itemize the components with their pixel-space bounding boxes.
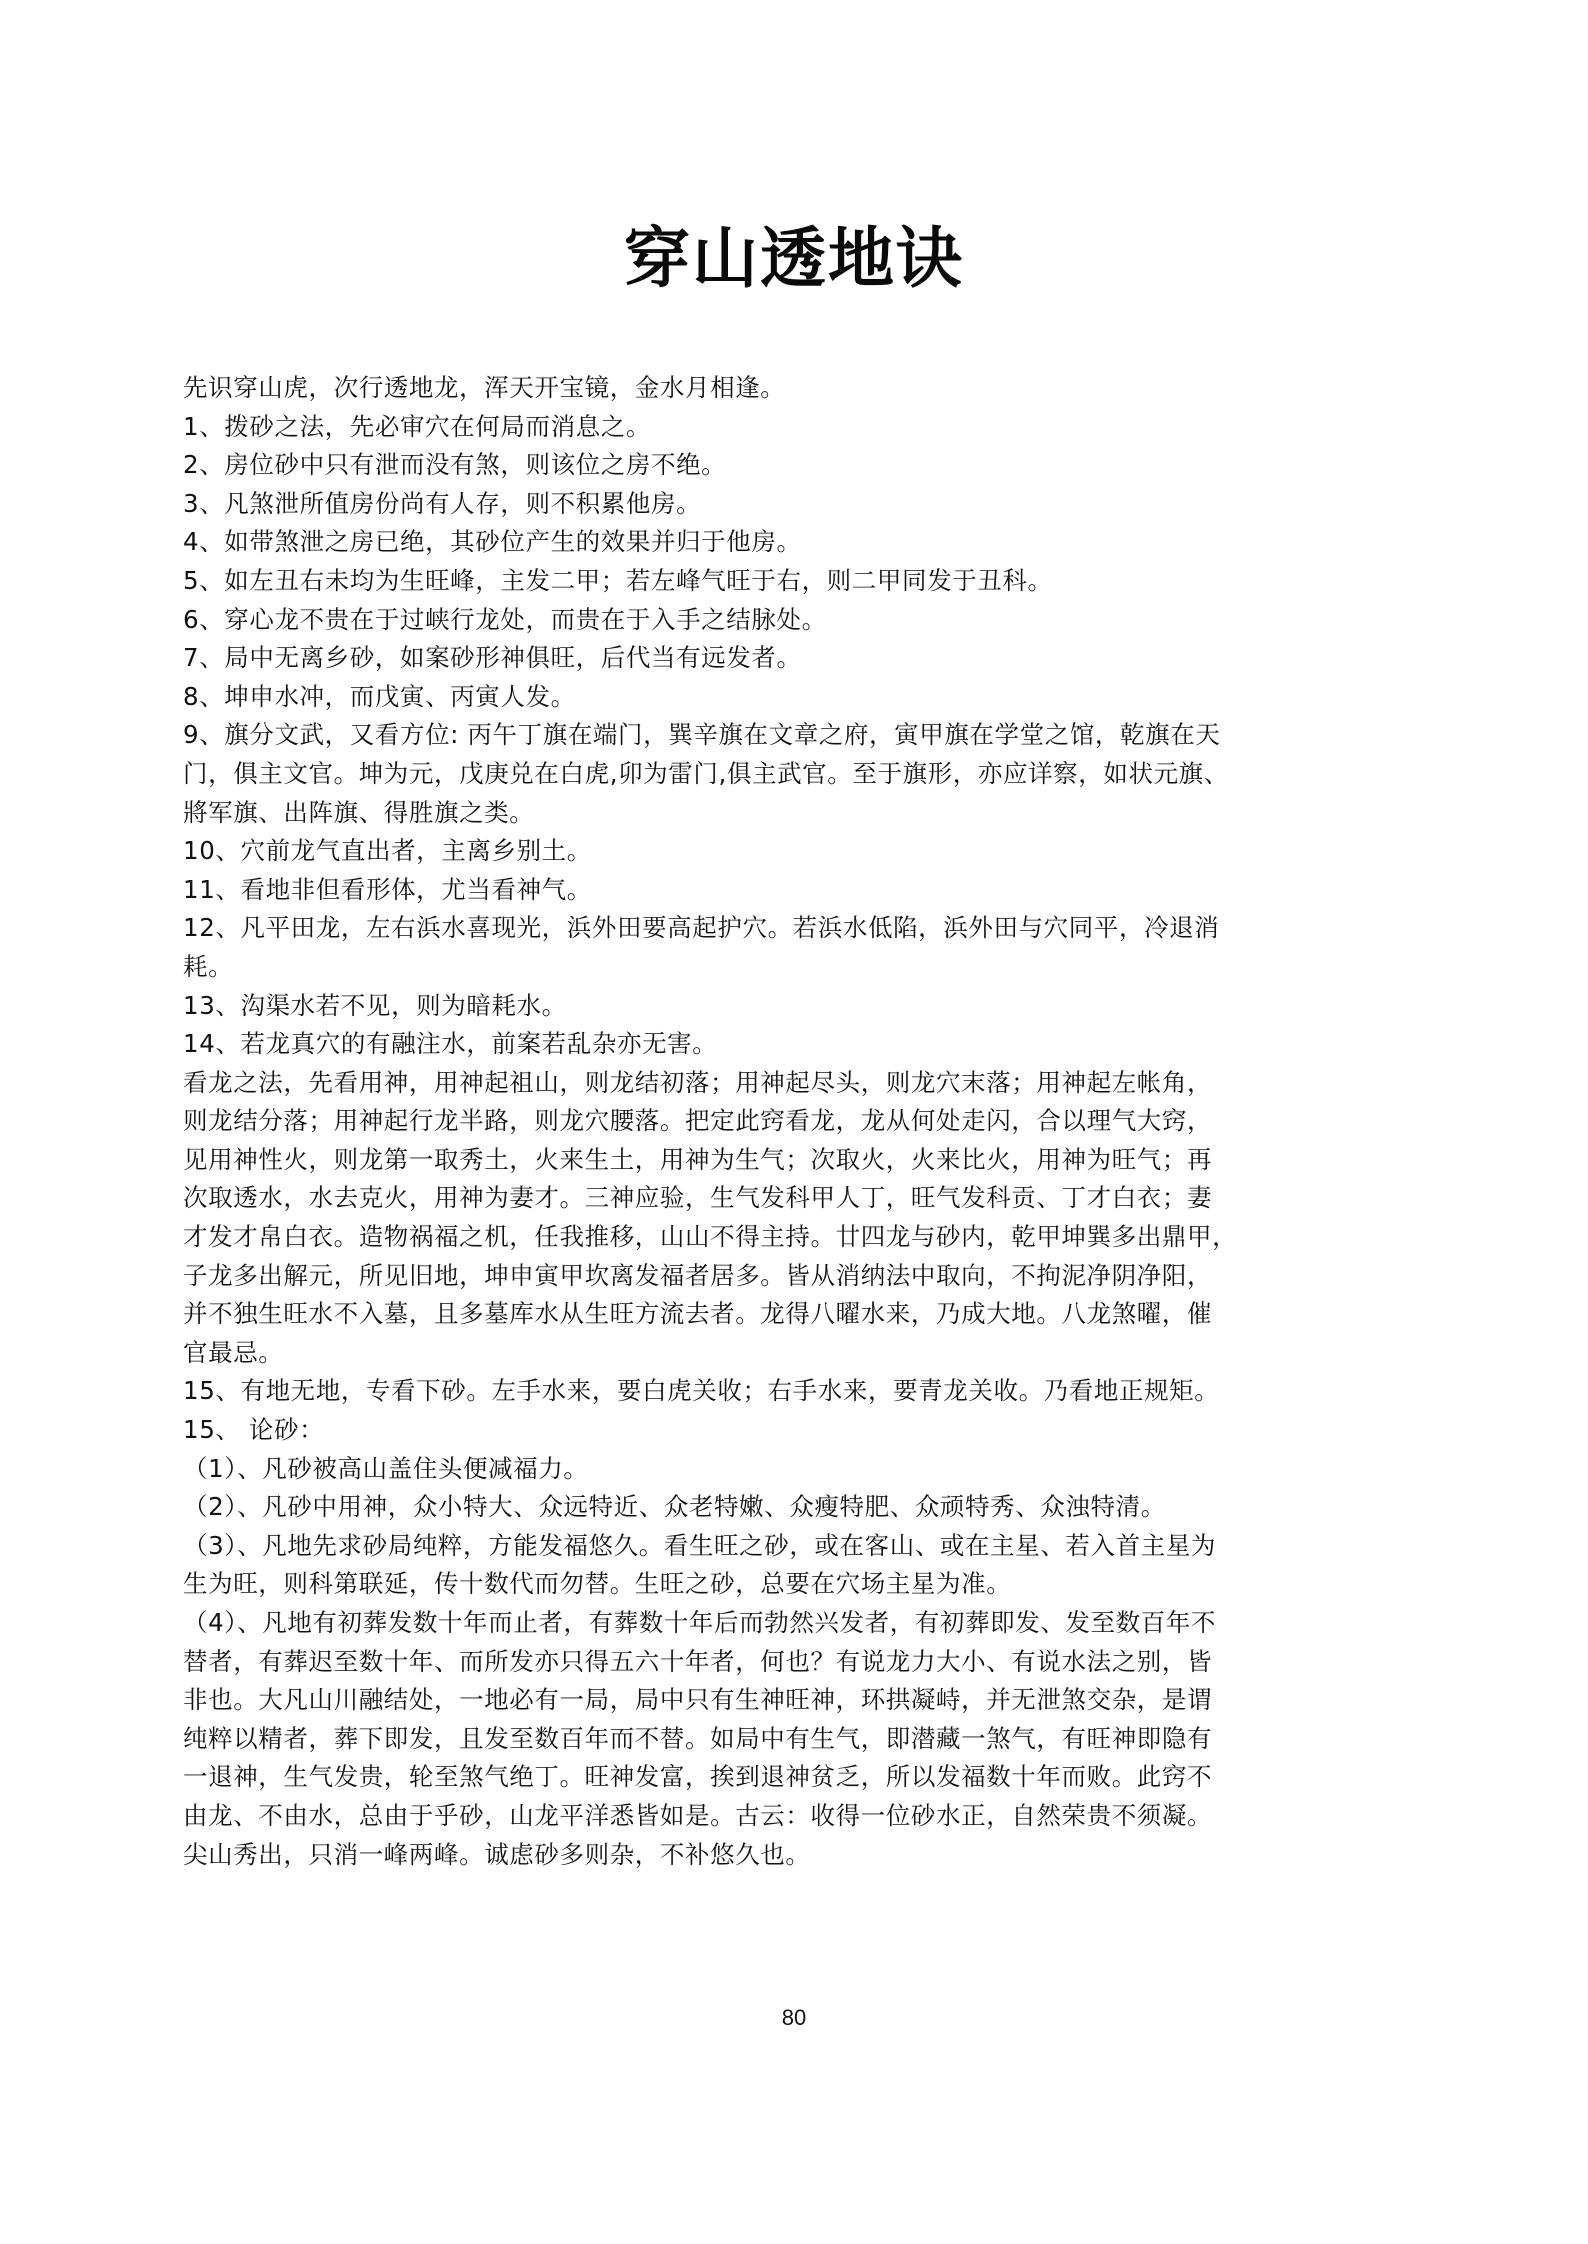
text-line: 7、局中无离乡砂，如案砂形神俱旺，后代当有远发者。: [183, 639, 1415, 678]
text-line: （2）、凡砂中用神，众小特大、众远特近、众老特嫩、众瘦特肥、众顽特秀、众浊特清。: [183, 1488, 1415, 1527]
text-line: 才发才帛白衣。造物祸福之机，任我推移，山山不得主持。廿四龙与砂内，乾甲坤巽多出鼎…: [183, 1218, 1415, 1257]
text-line: 官最忌。: [183, 1334, 1415, 1373]
text-line: 將军旗、出阵旗、得胜旗之类。: [183, 794, 1415, 833]
text-line: 非也。大凡山川融结处，一地必有一局，局中只有生神旺神，环拱凝峙，并无泄煞交杂，是…: [183, 1681, 1415, 1720]
text-line: 9、旗分文武，又看方位: 丙午丁旗在端门，巽辛旗在文章之府，寅甲旗在学堂之馆，乾…: [183, 716, 1415, 755]
text-line: 13、沟渠水若不见，则为暗耗水。: [183, 987, 1415, 1026]
text-line: 6、穿心龙不贵在于过峡行龙处，而贵在于入手之结脉处。: [183, 601, 1415, 640]
text-line: 5、如左丑右未均为生旺峰，主发二甲；若左峰气旺于右，则二甲同发于丑科。: [183, 562, 1415, 601]
text-line: 4、如带煞泄之房已绝，其砂位产生的效果并归于他房。: [183, 523, 1415, 562]
text-line: 替者，有葬迟至数十年、而所发亦只得五六十年者，何也？有说龙力大小、有说水法之别，…: [183, 1643, 1415, 1682]
text-line: （3）、凡地先求砂局纯粹，方能发福悠久。看生旺之砂，或在客山、或在主星、若入首主…: [183, 1527, 1415, 1566]
text-line: 见用神性火，则龙第一取秀土，火来生土，用神为生气；次取火，火来比火，用神为旺气；…: [183, 1141, 1415, 1180]
text-line: 子龙多出解元，所见旧地，坤申寅甲坎离发福者居多。皆从消纳法中取向，不拘泥净阴净阳…: [183, 1257, 1415, 1296]
text-line: 看龙之法，先看用神，用神起祖山，则龙结初落；用神起尽头，则龙穴末落；用神起左帐角…: [183, 1064, 1415, 1103]
text-line: 8、坤申水冲，而戊寅、丙寅人发。: [183, 678, 1415, 717]
text-line: 14、若龙真穴的有融注水，前案若乱杂亦无害。: [183, 1025, 1415, 1064]
page-title: 穿山透地诀: [0, 205, 1588, 300]
text-line: 2、房位砂中只有泄而没有煞，则该位之房不绝。: [183, 446, 1415, 485]
text-line: 生为旺，则科第联延，传十数代而勿替。生旺之砂，总要在穴场主星为准。: [183, 1565, 1415, 1604]
text-line: 纯粹以精者，葬下即发，且发至数百年而不替。如局中有生气，即潜藏一煞气，有旺神即隐…: [183, 1720, 1415, 1759]
text-line: 11、看地非但看形体，尤当看神气。: [183, 871, 1415, 910]
text-line: 尖山秀出，只消一峰两峰。诚虑砂多则杂，不补悠久也。: [183, 1836, 1415, 1875]
text-line: 门，俱主文官。坤为元，戊庚兑在白虎,卯为雷门,俱主武官。至于旗形，亦应详察，如状…: [183, 755, 1415, 794]
text-line: 15、有地无地，专看下砂。左手水来，要白虎关收；右手水来，要青龙关收。乃看地正规…: [183, 1372, 1415, 1411]
text-line: 耗。: [183, 948, 1415, 987]
text-line: 次取透水，水去克火，用神为妻才。三神应验，生气发科甲人丁，旺气发科贡、丁才白衣；…: [183, 1179, 1415, 1218]
text-line: 则龙结分落；用神起行龙半路，则龙穴腰落。把定此窍看龙，龙从何处走闪，合以理气大窍…: [183, 1102, 1415, 1141]
text-line: 15、 论砂：: [183, 1411, 1415, 1450]
text-line: 12、凡平田龙，左右浜水喜现光，浜外田要高起护穴。若浜水低陷，浜外田与穴同平，冷…: [183, 909, 1415, 948]
text-line: （4）、凡地有初葬发数十年而止者，有葬数十年后而勃然兴发者，有初葬即发、发至数百…: [183, 1604, 1415, 1643]
text-line: 并不独生旺水不入墓，且多墓库水从生旺方流去者。龙得八曜水来，乃成大地。八龙煞曜，…: [183, 1295, 1415, 1334]
page-number: 80: [0, 2005, 1588, 2031]
text-line: 1、拨砂之法，先必审穴在何局而消息之。: [183, 408, 1415, 447]
body-text: 先识穿山虎，次行透地龙，浑天开宝镜，金水月相逢。 1、拨砂之法，先必审穴在何局而…: [183, 369, 1415, 1874]
text-line: 由龙、不由水，总由于乎砂，山龙平洋悉皆如是。古云：收得一位砂水正，自然荣贵不须凝…: [183, 1797, 1415, 1836]
text-line: 先识穿山虎，次行透地龙，浑天开宝镜，金水月相逢。: [183, 369, 1415, 408]
text-line: 3、凡煞泄所值房份尚有人存，则不积累他房。: [183, 485, 1415, 524]
text-line: （1）、凡砂被高山盖住头便减福力。: [183, 1450, 1415, 1489]
text-line: 一退神，生气发贵，轮至煞气绝丁。旺神发富，挨到退神贫乏，所以发福数十年而败。此窍…: [183, 1758, 1415, 1797]
text-line: 10、穴前龙气直出者，主离乡别土。: [183, 832, 1415, 871]
